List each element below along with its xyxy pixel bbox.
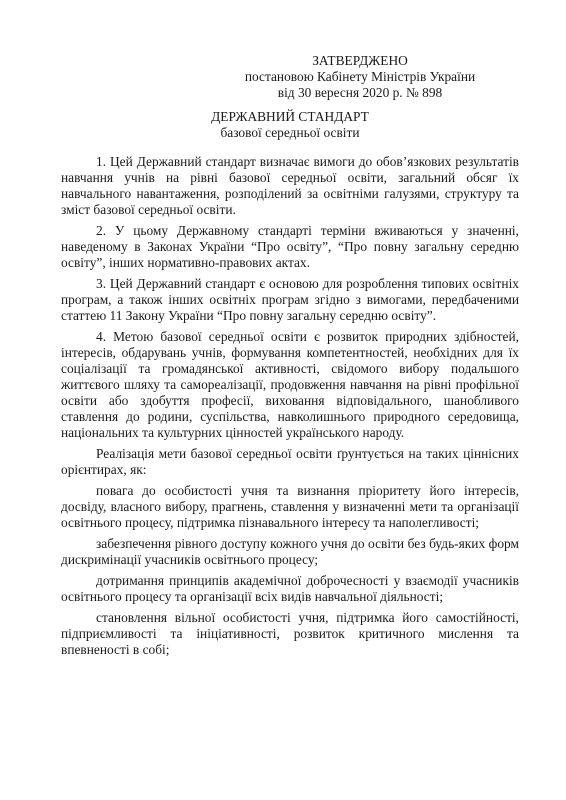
approval-date-number: від 30 вересня 2020 р. № 898 — [244, 85, 476, 101]
document-content: ЗАТВЕРДЖЕНО постановою Кабінету Міністрі… — [0, 0, 566, 658]
body-paragraph-5: Реалізація мети базової середньої освіти… — [61, 446, 519, 478]
approval-by: постановою Кабінету Міністрів України — [244, 69, 476, 85]
document-subtitle: базової середньої освіти — [61, 125, 519, 141]
title-block: ДЕРЖАВНИЙ СТАНДАРТ базової середньої осв… — [61, 109, 519, 141]
body-paragraph-8: дотримання принципів академічної доброче… — [61, 573, 519, 605]
body-paragraph-4: 4. Метою базової середньої освіти є розв… — [61, 329, 519, 441]
body-paragraph-6: повага до особистості учня та визнання п… — [61, 483, 519, 531]
approval-stamp: ЗАТВЕРДЖЕНО постановою Кабінету Міністрі… — [244, 53, 476, 101]
body-paragraph-7: забезпечення рівного доступу кожного учн… — [61, 536, 519, 568]
body-paragraph-9: становлення вільної особистості учня, пі… — [61, 610, 519, 658]
body-paragraph-3: 3. Цей Державний стандарт є основою для … — [61, 276, 519, 324]
document-title: ДЕРЖАВНИЙ СТАНДАРТ — [61, 109, 519, 125]
approval-label: ЗАТВЕРДЖЕНО — [244, 53, 476, 69]
body-paragraph-2: 2. У цьому Державному стандарті терміни … — [61, 223, 519, 271]
body-paragraph-1: 1. Цей Державний стандарт визначає вимог… — [61, 154, 519, 218]
document-page: ЗАТВЕРДЖЕНО постановою Кабінету Міністрі… — [0, 0, 566, 800]
